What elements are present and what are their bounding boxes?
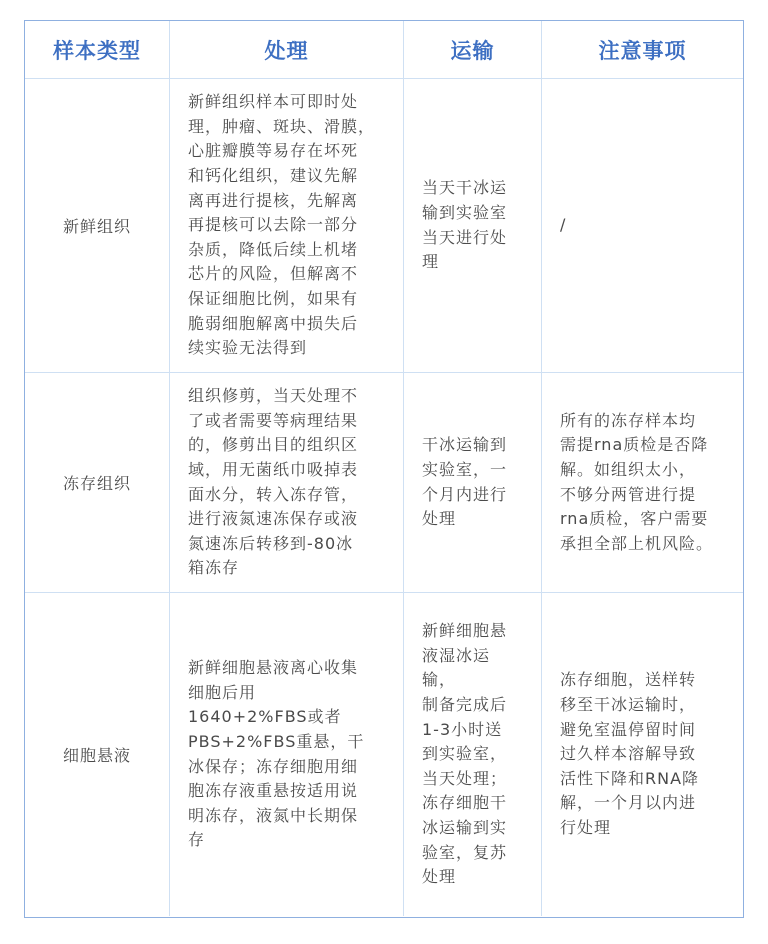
table-row: 冻存组织 组织修剪，当天处理不 了或者需要等病理结果 的，修剪出目的组织区 域，…: [25, 372, 743, 592]
cell-processing: 组织修剪，当天处理不 了或者需要等病理结果 的，修剪出目的组织区 域，用无菌纸巾…: [169, 373, 403, 592]
header-sample-type: 样本类型: [25, 21, 169, 78]
header-notes: 注意事项: [541, 21, 743, 78]
cell-transport: 新鲜细胞悬 液湿冰运输， 制备完成后 1-3小时送 到实验室， 当天处理； 冻存…: [403, 593, 541, 916]
cell-processing: 新鲜细胞悬液离心收集 细胞后用 1640+2%FBS或者 PBS+2%FBS重悬…: [169, 593, 403, 916]
cell-transport: 当天干冰运 输到实验室 当天进行处 理: [403, 79, 541, 372]
cell-processing: 新鲜组织样本可即时处 理，肿瘤、斑块、滑膜， 心脏瓣膜等易存在坏死 和钙化组织，…: [169, 79, 403, 372]
table-row: 新鲜组织 新鲜组织样本可即时处 理，肿瘤、斑块、滑膜， 心脏瓣膜等易存在坏死 和…: [25, 78, 743, 372]
cell-notes: 所有的冻存样本均 需提rna质检是否降 解。如组织太小， 不够分两管进行提 rn…: [541, 373, 743, 592]
header-transport: 运输: [403, 21, 541, 78]
cell-notes: /: [541, 79, 743, 372]
sample-handling-table: 样本类型 处理 运输 注意事项 新鲜组织 新鲜组织样本可即时处 理，肿瘤、斑块、…: [24, 20, 744, 918]
table-header-row: 样本类型 处理 运输 注意事项: [25, 21, 743, 78]
cell-notes: 冻存细胞，送样转 移至干冰运输时， 避免室温停留时间 过久样本溶解导致 活性下降…: [541, 593, 743, 916]
cell-transport: 干冰运输到 实验室，一 个月内进行 处理: [403, 373, 541, 592]
cell-sample-type: 细胞悬液: [25, 593, 169, 916]
header-processing: 处理: [169, 21, 403, 78]
cell-sample-type: 新鲜组织: [25, 79, 169, 372]
table-row: 细胞悬液 新鲜细胞悬液离心收集 细胞后用 1640+2%FBS或者 PBS+2%…: [25, 592, 743, 916]
cell-sample-type: 冻存组织: [25, 373, 169, 592]
